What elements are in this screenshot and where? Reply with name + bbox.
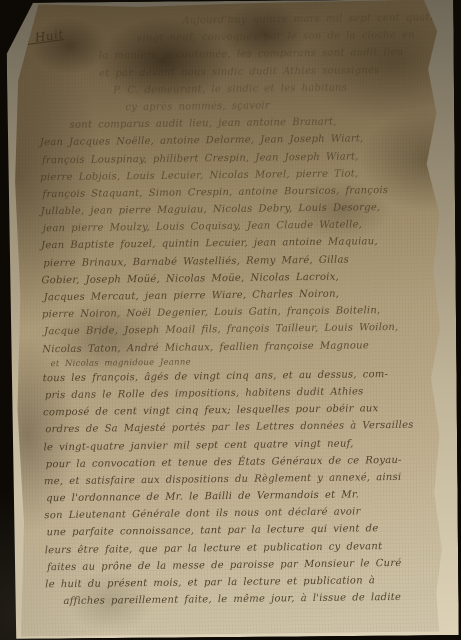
manuscript-line: affiches pareillement faite, le même jou… (41, 589, 441, 611)
manuscript-text: Aujourd'huy quinze mars mil sept cent qu… (32, 9, 441, 610)
manuscript-page: Le Huit Aujourd'huy quinze mars mil sept… (8, 0, 449, 637)
photograph-of-manuscript: Le Huit Aujourd'huy quinze mars mil sept… (0, 0, 461, 640)
